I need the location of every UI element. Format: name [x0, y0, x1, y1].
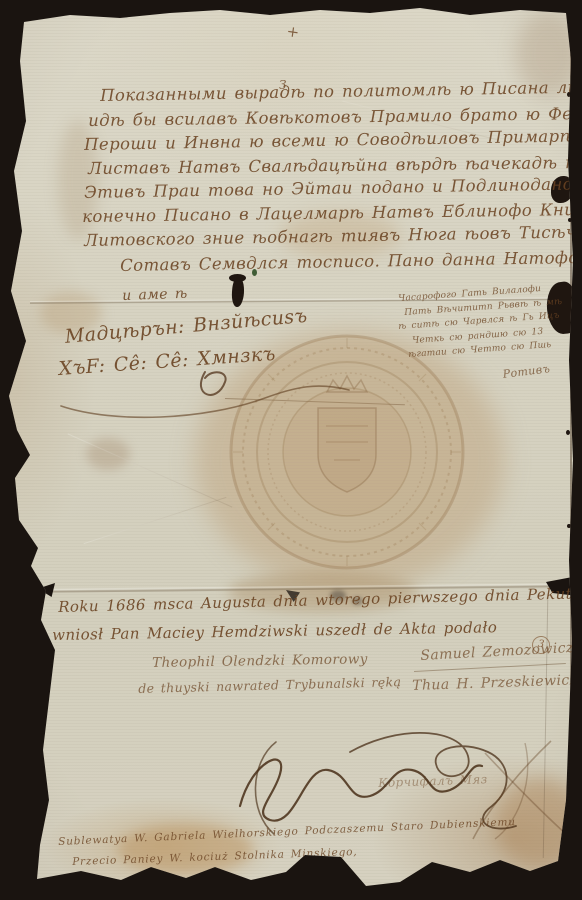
- witness-signature: Samuel Zemozowicz: [420, 640, 574, 664]
- signature-underline: [414, 663, 566, 672]
- ink-blot: [544, 281, 579, 336]
- stain: [86, 438, 130, 470]
- manuscript-line: и аме ѣ: [122, 286, 188, 304]
- wrinkle-line: [84, 497, 227, 544]
- bottom-docket-line: Przecio Paniey W. kociuż Stolnika Minski…: [72, 846, 358, 868]
- signature-flourish-svg: [55, 368, 355, 423]
- embossed-seal: [222, 330, 472, 574]
- paper-sheet: + З Показанными вырадѣ по политомлѣ ю Пи…: [0, 0, 582, 900]
- ink-speck: [566, 430, 570, 435]
- manuscript-line: Показанными вырадѣ по политомлѣ ю Писана…: [100, 77, 582, 105]
- collation-cross-mark: +: [285, 22, 300, 42]
- marginal-signoff: Ротивъ: [502, 362, 551, 381]
- manuscript-line: Листавъ Натвъ Свалѣдацѣйна вѣрдѣ ѣачекад…: [88, 152, 582, 178]
- manuscript-line: идѣ бы всилавъ Ковѣкотовъ Прамило брато …: [88, 104, 582, 130]
- manuscript-photo: + З Показанными вырадѣ по политомлѣ ю Пи…: [0, 0, 582, 900]
- date-entry-line: de thuyski nawrated Trybunalski ręką: [138, 674, 402, 696]
- manuscript-line: конечно Писано в Лацелмарѣ Натвъ Еблиноф…: [82, 199, 582, 226]
- ink-speck: [567, 524, 571, 528]
- date-entry-line: Roku 1686 msca Augusta dnia wtorego pier…: [58, 584, 582, 616]
- torn-edge-notch: [38, 583, 55, 597]
- manuscript-line: Этивъ Праи това но Эйтаи подано и Подлин…: [84, 173, 582, 202]
- manuscript-line: Пероши и Инвна ю всеми ю Соводѣиловъ При…: [84, 125, 582, 154]
- manuscript-line: Сотавъ Семвдлся тосписо. Пано данна Нато…: [120, 247, 582, 275]
- witness-signature: Thua H. Przeskiewicz: [412, 672, 578, 694]
- fold-crease-vertical: [570, 14, 572, 860]
- date-entry-line: Theophil Olendzki Komorowy: [152, 651, 368, 671]
- ink-blot: [229, 274, 246, 282]
- date-entry-line: wniosł Pan Maciey Hemdziwski uszedł de A…: [52, 618, 497, 644]
- manuscript-line: Литовского зние ѣобнагѣ тиявъ Нюга ѣовъ …: [84, 222, 582, 250]
- wrinkle-line: [68, 433, 233, 507]
